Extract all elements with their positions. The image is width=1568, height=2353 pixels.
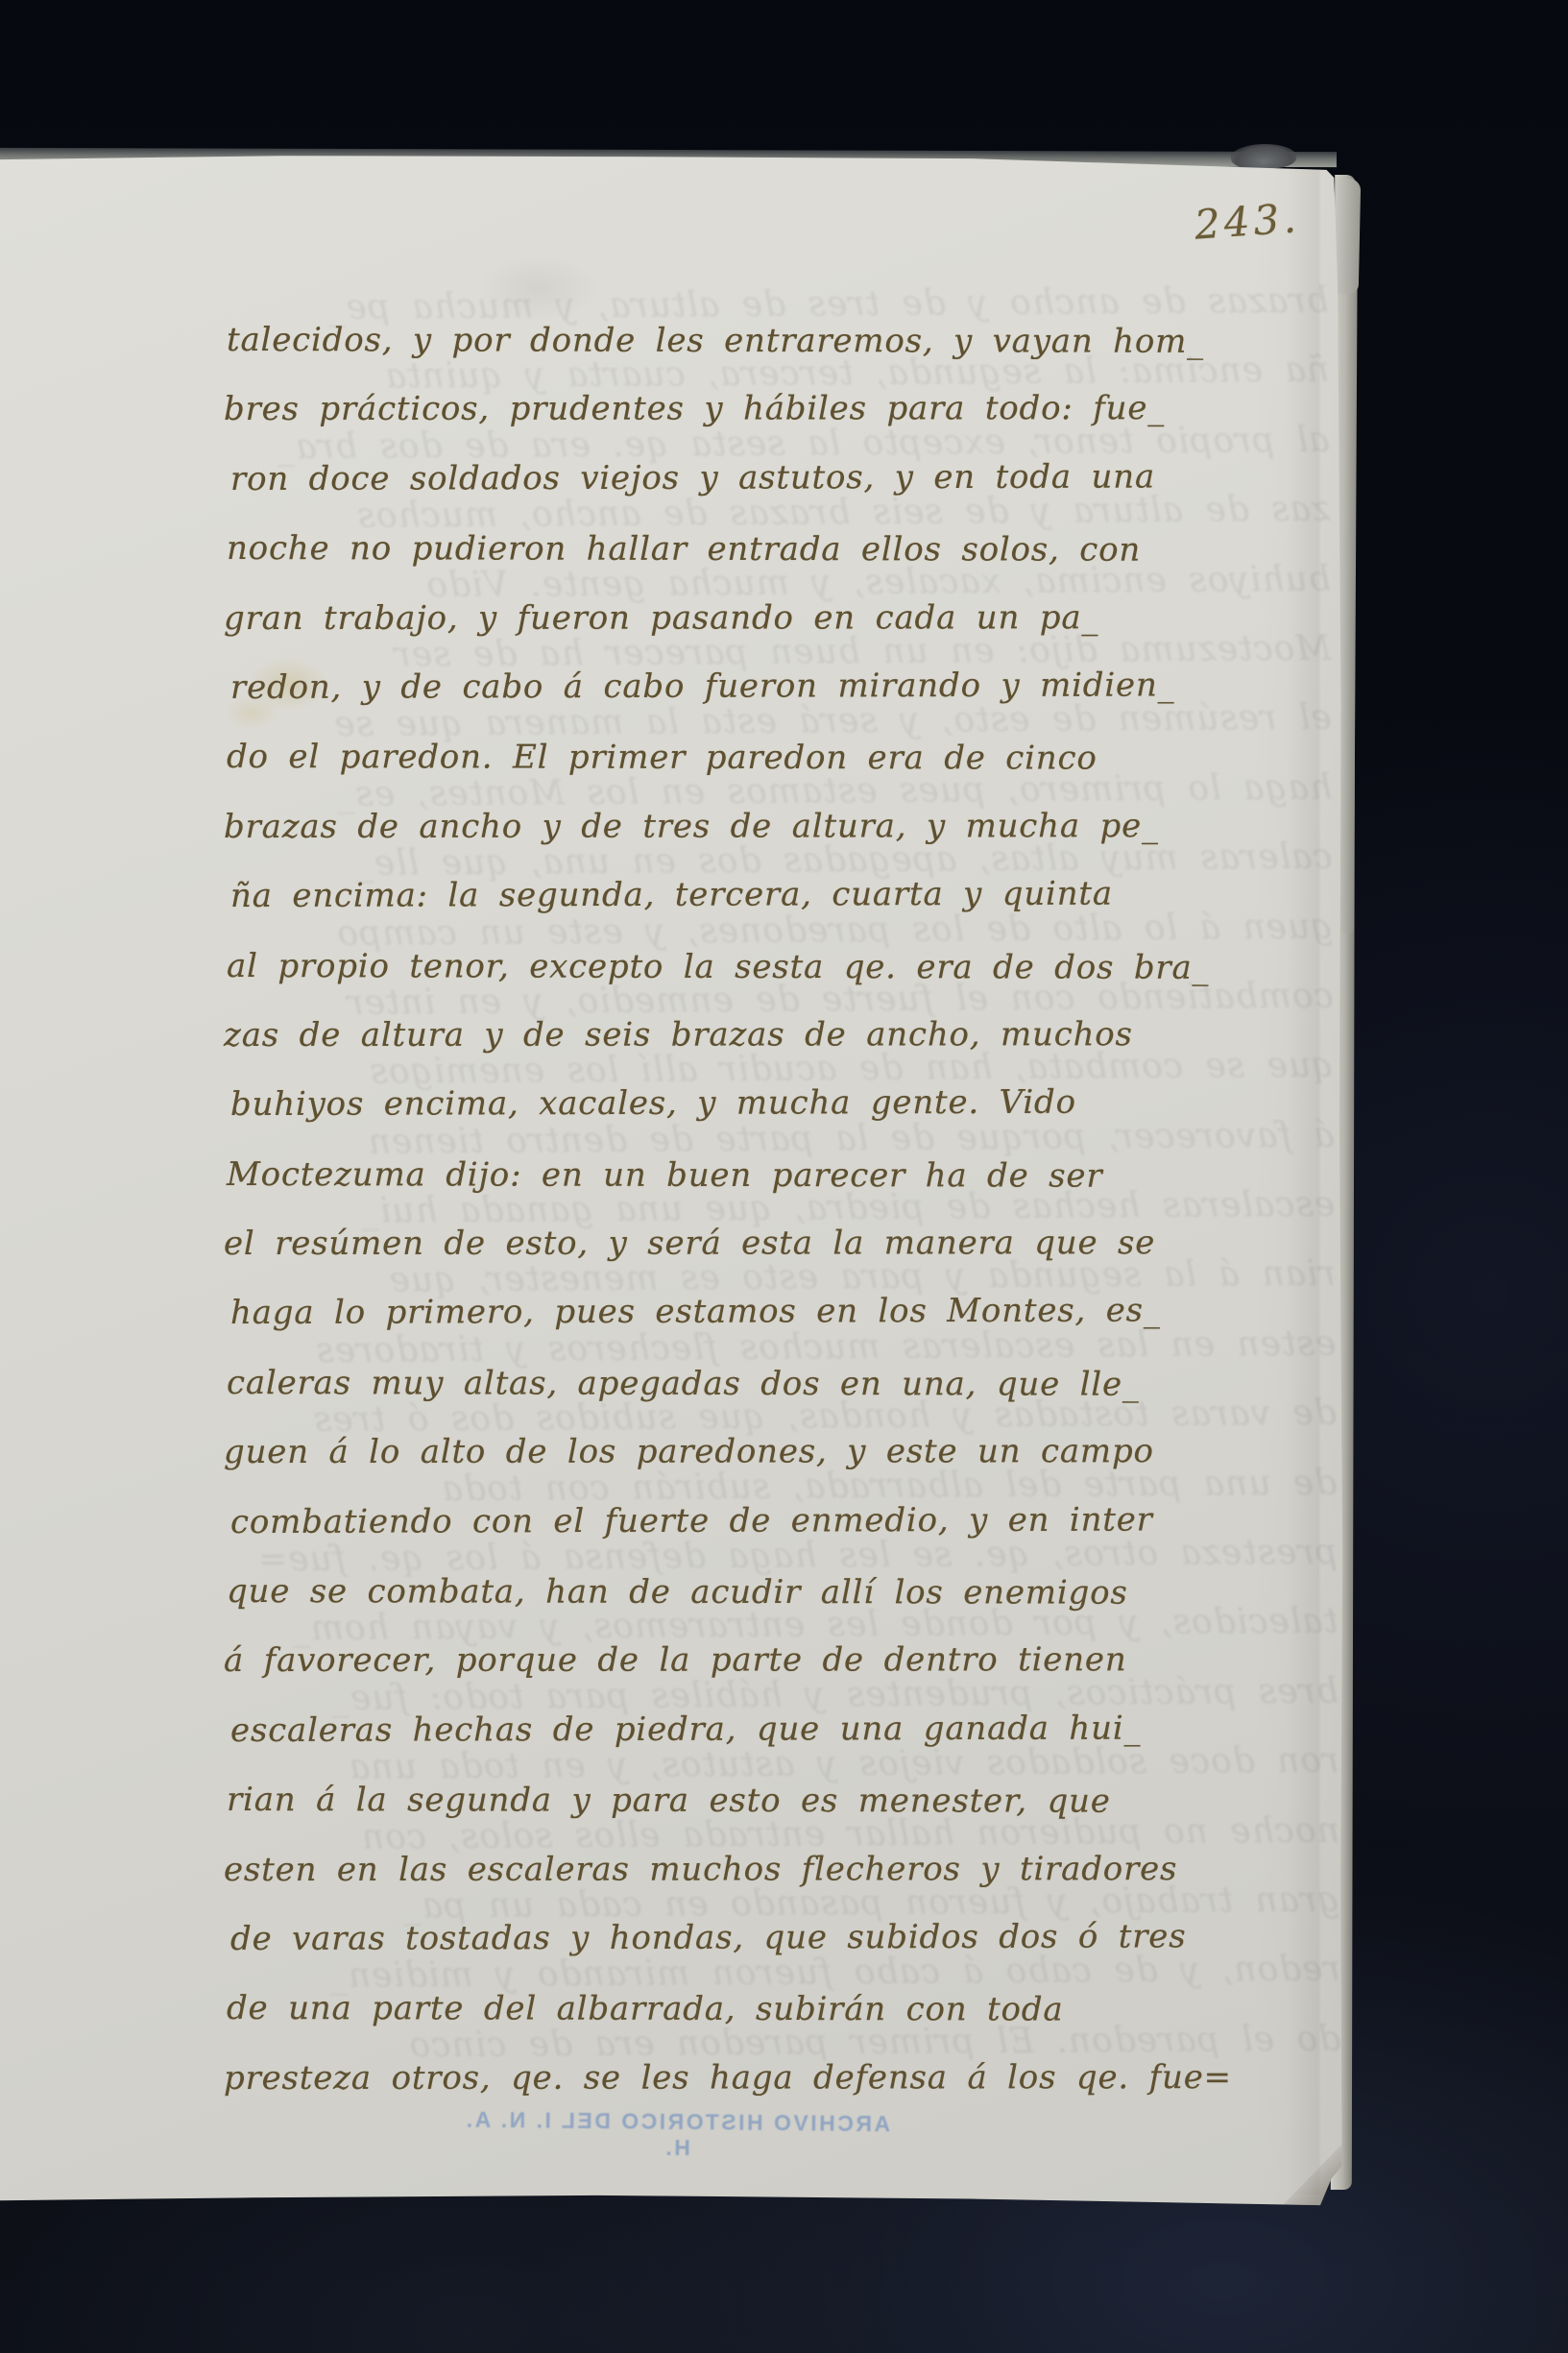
manuscript-line: buhiyos encima, xacales, y mucha gente. … <box>230 1067 1354 1139</box>
stacked-page-corner <box>1334 179 1362 295</box>
manuscript-line: esten en las escaleras muchos flecheros … <box>224 1834 1347 1904</box>
manuscript-line: redon, y de cabo á cabo fueron mirando y… <box>230 650 1354 722</box>
manuscript-line: que se combata, han de acudir allí los e… <box>227 1557 1350 1628</box>
manuscript-line: haga lo primero, pues estamos en los Mon… <box>230 1275 1354 1347</box>
manuscript-line: de varas tostadas y hondas, que subidos … <box>230 1902 1354 1974</box>
manuscript-line: rian á la segunda y para esto es meneste… <box>227 1765 1350 1836</box>
manuscript-page: brazas de ancho y de tres de altura, y m… <box>0 0 1568 2353</box>
archive-stamp: ARCHIVO HISTORICO DEL I. N. A. H. <box>451 2107 904 2164</box>
manuscript-scan: brazas de ancho y de tres de altura, y m… <box>0 0 1568 2353</box>
manuscript-line: guen á lo alto de los paredones, y este … <box>224 1417 1347 1487</box>
manuscript-line: do el paredon. El primer paredon era de … <box>227 722 1350 793</box>
manuscript-line: talecidos, y por donde les entraremos, y… <box>227 305 1350 376</box>
manuscript-line: presteza otros, qe. se les haga defensa … <box>224 2043 1347 2113</box>
manuscript-line: el resúmen de esto, y será esta la maner… <box>224 1208 1347 1278</box>
page-number: 243. <box>1193 194 1301 249</box>
manuscript-line: á favorecer, porque de la parte de dentr… <box>224 1625 1347 1695</box>
manuscript-line: Moctezuma dijo: en un buen parecer ha de… <box>227 1140 1350 1211</box>
manuscript-line: ron doce soldados viejos y astutos, y en… <box>230 442 1354 514</box>
manuscript-line: zas de altura y de seis brazas de ancho,… <box>224 1000 1347 1070</box>
stacked-page-edge <box>1340 204 1358 934</box>
manuscript-line: al propio tenor, excepto la sesta qe. er… <box>227 932 1350 1003</box>
manuscript-line: de una parte del albarrada, subirán con … <box>227 1974 1350 2045</box>
manuscript-line: bres prácticos, prudentes y hábiles para… <box>224 374 1347 444</box>
manuscript-line: brazas de ancho y de tres de altura, y m… <box>224 791 1347 861</box>
manuscript-line: noche no pudieron hallar entrada ellos s… <box>227 514 1350 585</box>
manuscript-line: caleras muy altas, apegadas dos en una, … <box>227 1348 1350 1419</box>
manuscript-text: talecidos, y por donde les entraremos, y… <box>227 305 1350 2113</box>
manuscript-line: combatiendo con el fuerte de enmedio, y … <box>230 1485 1354 1557</box>
manuscript-line: escaleras hechas de piedra, que una gana… <box>230 1693 1354 1765</box>
manuscript-line: ña encima: la segunda, tercera, cuarta y… <box>230 859 1354 931</box>
manuscript-line: gran trabajo, y fueron pasando en cada u… <box>224 583 1347 653</box>
